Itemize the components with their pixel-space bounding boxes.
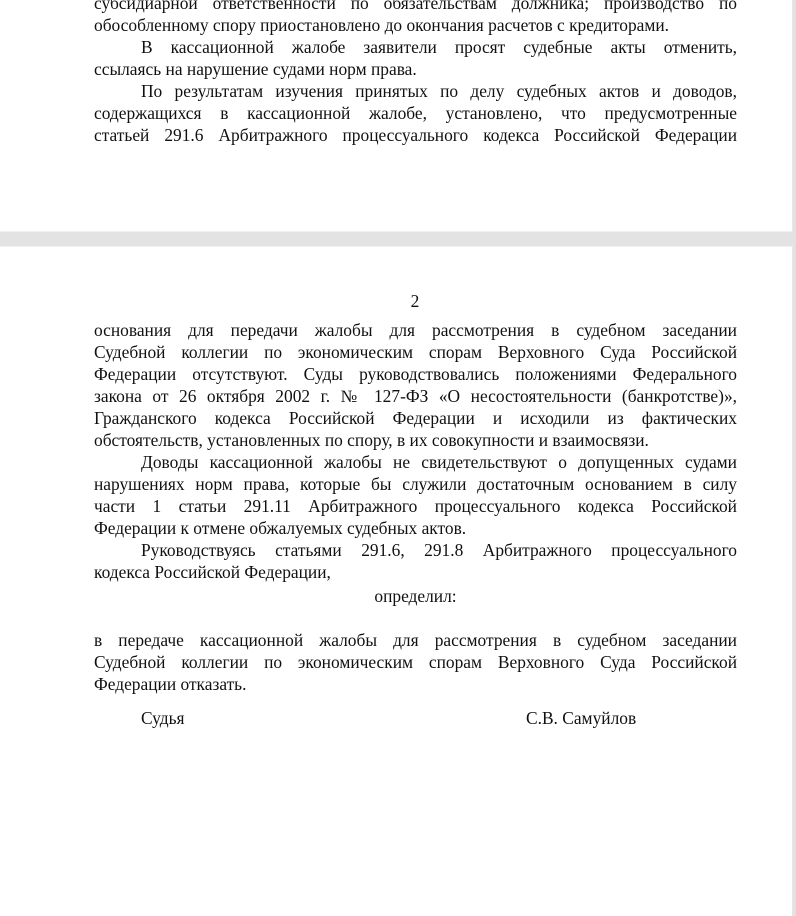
page-separator: [0, 231, 796, 247]
text-line: части 1 статьи 291.11 Арбитражного проце…: [94, 495, 737, 517]
text-line: статьей 291.6 Арбитражного процессуально…: [94, 124, 737, 146]
text-line: Судебной коллегии по экономическим спора…: [94, 341, 737, 363]
decision-line: Судебной коллегии по экономическим спора…: [94, 651, 737, 673]
page-number: 2: [0, 291, 796, 312]
page-2: 2 основания для передачи жалобы для расс…: [0, 247, 792, 916]
text-line: Федерации к отмене обжалуемых судебных а…: [94, 517, 737, 539]
text-line: нарушениях норм права, которые бы служил…: [94, 473, 737, 495]
text-line: содержащихся в кассационной жалобе, уста…: [94, 102, 737, 124]
decision-line: Федерации отказать.: [94, 673, 737, 695]
signature-role: Судья: [141, 708, 185, 729]
signature-name: С.В. Самуйлов: [526, 708, 636, 729]
text-line: закона от 26 октября 2002 г. № 127-ФЗ «О…: [94, 385, 737, 407]
decision-line: в передаче кассационной жалобы для рассм…: [94, 629, 737, 651]
text-line: основания для передачи жалобы для рассмо…: [94, 319, 737, 341]
page-1: субсидиарной ответственности по обязател…: [0, 0, 792, 231]
paragraph-start: Доводы кассационной жалобы не свидетельс…: [94, 451, 737, 473]
text-line: кодекса Российской Федерации,: [94, 561, 737, 583]
page-2-body: основания для передачи жалобы для рассмо…: [94, 319, 737, 695]
text-line: обстоятельств, установленных по спору, в…: [94, 429, 737, 451]
document-viewer: субсидиарной ответственности по обязател…: [0, 0, 796, 916]
decision-heading: определил:: [94, 585, 737, 607]
text-line: ссылаясь на нарушение судами норм права.: [94, 58, 737, 80]
text-line: субсидиарной ответственности по обязател…: [94, 0, 737, 14]
text-line: Федерации отсутствуют. Суды руководствов…: [94, 363, 737, 385]
text-line: Гражданского кодекса Российской Федераци…: [94, 407, 737, 429]
page-1-body: субсидиарной ответственности по обязател…: [94, 0, 737, 146]
paragraph-start: Руководствуясь статьями 291.6, 291.8 Арб…: [94, 539, 737, 561]
paragraph-start: По результатам изучения принятых по делу…: [94, 80, 737, 102]
paragraph-start: В кассационной жалобе заявители просят с…: [94, 36, 737, 58]
text-line: обособленному спору приостановлено до ок…: [94, 14, 737, 36]
